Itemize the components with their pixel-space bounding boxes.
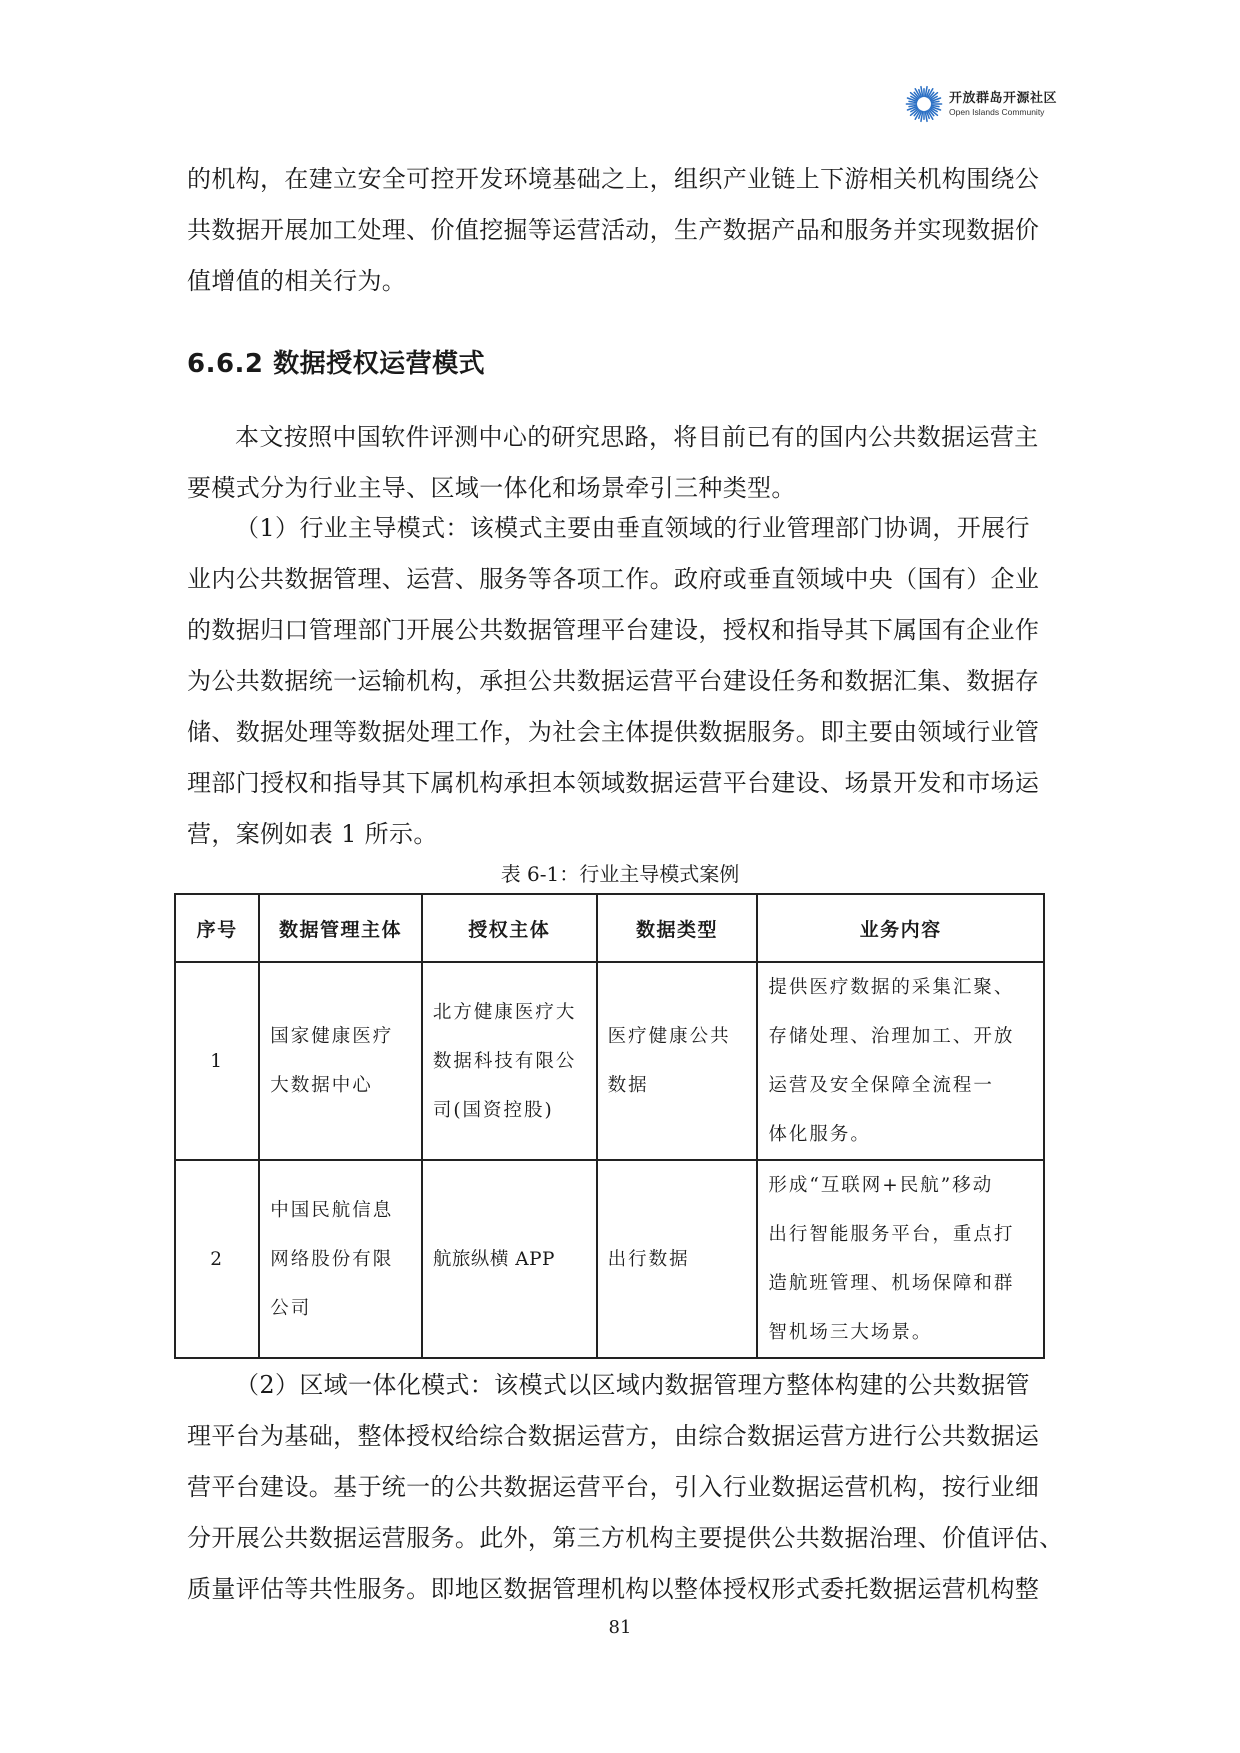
text-line: 营，案例如表 1 所示。 [187, 809, 1057, 860]
cell-text: 国家健康医疗 [270, 1012, 411, 1061]
text-line: 营平台建设。基于统一的公共数据运营平台，引入行业数据运营机构，按行业细 [187, 1462, 1057, 1513]
community-logo: 开放群岛开源社区 Open Islands Community [905, 86, 1057, 122]
section-heading: 6.6.2 数据授权运营模式 [187, 343, 485, 380]
text-line: 为公共数据统一运输机构，承担公共数据运营平台建设任务和数据汇集、数据存 [187, 656, 1057, 707]
cell-text: 智机场三大场景。 [768, 1308, 1033, 1357]
column-header-business: 业务内容 [757, 894, 1044, 962]
intro-paragraph: 的机构，在建立安全可控开发环境基础之上，组织产业链上下游相关机构围绕公 共数据开… [187, 154, 1057, 307]
logo-name-en: Open Islands Community [949, 108, 1057, 117]
text-line: 业内公共数据管理、运营、服务等各项工作。政府或垂直领域中央（国有）企业 [187, 554, 1057, 605]
cell-text: 医疗健康公共 [608, 1012, 747, 1061]
column-header-manager: 数据管理主体 [259, 894, 422, 962]
column-header-no: 序号 [175, 894, 259, 962]
text-line: （1）行业主导模式：该模式主要由垂直领域的行业管理部门协调，开展行 [187, 503, 1057, 554]
cell-data-type: 医疗健康公共 数据 [597, 962, 758, 1160]
text-line: 的机构，在建立安全可控开发环境基础之上，组织产业链上下游相关机构围绕公 [187, 154, 1057, 205]
cell-no: 1 [175, 962, 259, 1160]
cell-text: 数据 [608, 1061, 747, 1110]
cell-business: 提供医疗数据的采集汇聚、 存储处理、治理加工、开放 运营及安全保障全流程一 体化… [757, 962, 1044, 1160]
logo-name-cn: 开放群岛开源社区 [949, 92, 1057, 105]
text-line: 分开展公共数据运营服务。此外，第三方机构主要提供公共数据治理、价值评估、 [187, 1513, 1057, 1564]
table-caption: 表 6-1：行业主导模式案例 [0, 858, 1240, 887]
cell-text: 司(国资控股) [433, 1086, 586, 1135]
overview-paragraph: 本文按照中国软件评测中心的研究思路，将目前已有的国内公共数据运营主 要模式分为行… [187, 412, 1057, 514]
text-line: 理部门授权和指导其下属机构承担本领域数据运营平台建设、场景开发和市场运 [187, 758, 1057, 809]
cell-manager: 国家健康医疗 大数据中心 [259, 962, 422, 1160]
cell-text: 出行智能服务平台，重点打 [768, 1210, 1033, 1259]
cell-data-type: 出行数据 [597, 1160, 758, 1358]
cell-text: 存储处理、治理加工、开放 [768, 1012, 1033, 1061]
cell-text: 网络股份有限 [270, 1235, 411, 1284]
cases-table: 序号 数据管理主体 授权主体 数据类型 业务内容 1 国家健康医疗 大数据中心 … [174, 893, 1045, 1359]
cell-authorized: 航旅纵横 APP [422, 1160, 597, 1358]
cell-business: 形成“互联网+民航”移动 出行智能服务平台，重点打 造航班管理、机场保障和群 智… [757, 1160, 1044, 1358]
text-line: 共数据开展加工处理、价值挖掘等运营活动，生产数据产品和服务并实现数据价 [187, 205, 1057, 256]
sunburst-logo-icon [905, 85, 943, 123]
cell-no: 2 [175, 1160, 259, 1358]
mode2-paragraph: （2）区域一体化模式：该模式以区域内数据管理方整体构建的公共数据管 理平台为基础… [187, 1360, 1057, 1615]
cell-text: 北方健康医疗大 [433, 988, 586, 1037]
text-line: 质量评估等共性服务。即地区数据管理机构以整体授权形式委托数据运营机构整 [187, 1564, 1057, 1615]
table-row: 1 国家健康医疗 大数据中心 北方健康医疗大 数据科技有限公 司(国资控股) 医… [175, 962, 1044, 1160]
table-header-row: 序号 数据管理主体 授权主体 数据类型 业务内容 [175, 894, 1044, 962]
text-line: 理平台为基础，整体授权给综合数据运营方，由综合数据运营方进行公共数据运 [187, 1411, 1057, 1462]
text-line: （2）区域一体化模式：该模式以区域内数据管理方整体构建的公共数据管 [187, 1360, 1057, 1411]
text-line: 本文按照中国软件评测中心的研究思路，将目前已有的国内公共数据运营主 [187, 412, 1057, 463]
cell-manager: 中国民航信息 网络股份有限 公司 [259, 1160, 422, 1358]
cell-text: 中国民航信息 [270, 1186, 411, 1235]
page-number: 81 [0, 1617, 1240, 1638]
cell-text: 大数据中心 [270, 1061, 411, 1110]
cell-text: 形成“互联网+民航”移动 [768, 1161, 1033, 1210]
cell-text: 造航班管理、机场保障和群 [768, 1259, 1033, 1308]
cell-authorized: 北方健康医疗大 数据科技有限公 司(国资控股) [422, 962, 597, 1160]
cell-text: 数据科技有限公 [433, 1037, 586, 1086]
table-row: 2 中国民航信息 网络股份有限 公司 航旅纵横 APP 出行数据 形成“互联网+… [175, 1160, 1044, 1358]
column-header-data-type: 数据类型 [597, 894, 758, 962]
cell-text: 航旅纵横 APP [433, 1235, 586, 1284]
text-line: 值增值的相关行为。 [187, 256, 1057, 307]
cell-text: 公司 [270, 1284, 411, 1333]
cell-text: 体化服务。 [768, 1110, 1033, 1159]
cell-text: 提供医疗数据的采集汇聚、 [768, 963, 1033, 1012]
cell-text: 运营及安全保障全流程一 [768, 1061, 1033, 1110]
text-line: 储、数据处理等数据处理工作，为社会主体提供数据服务。即主要由领域行业管 [187, 707, 1057, 758]
text-line: 的数据归口管理部门开展公共数据管理平台建设，授权和指导其下属国有企业作 [187, 605, 1057, 656]
mode1-paragraph: （1）行业主导模式：该模式主要由垂直领域的行业管理部门协调，开展行 业内公共数据… [187, 503, 1057, 860]
cell-text: 出行数据 [608, 1235, 747, 1284]
column-header-authorized: 授权主体 [422, 894, 597, 962]
